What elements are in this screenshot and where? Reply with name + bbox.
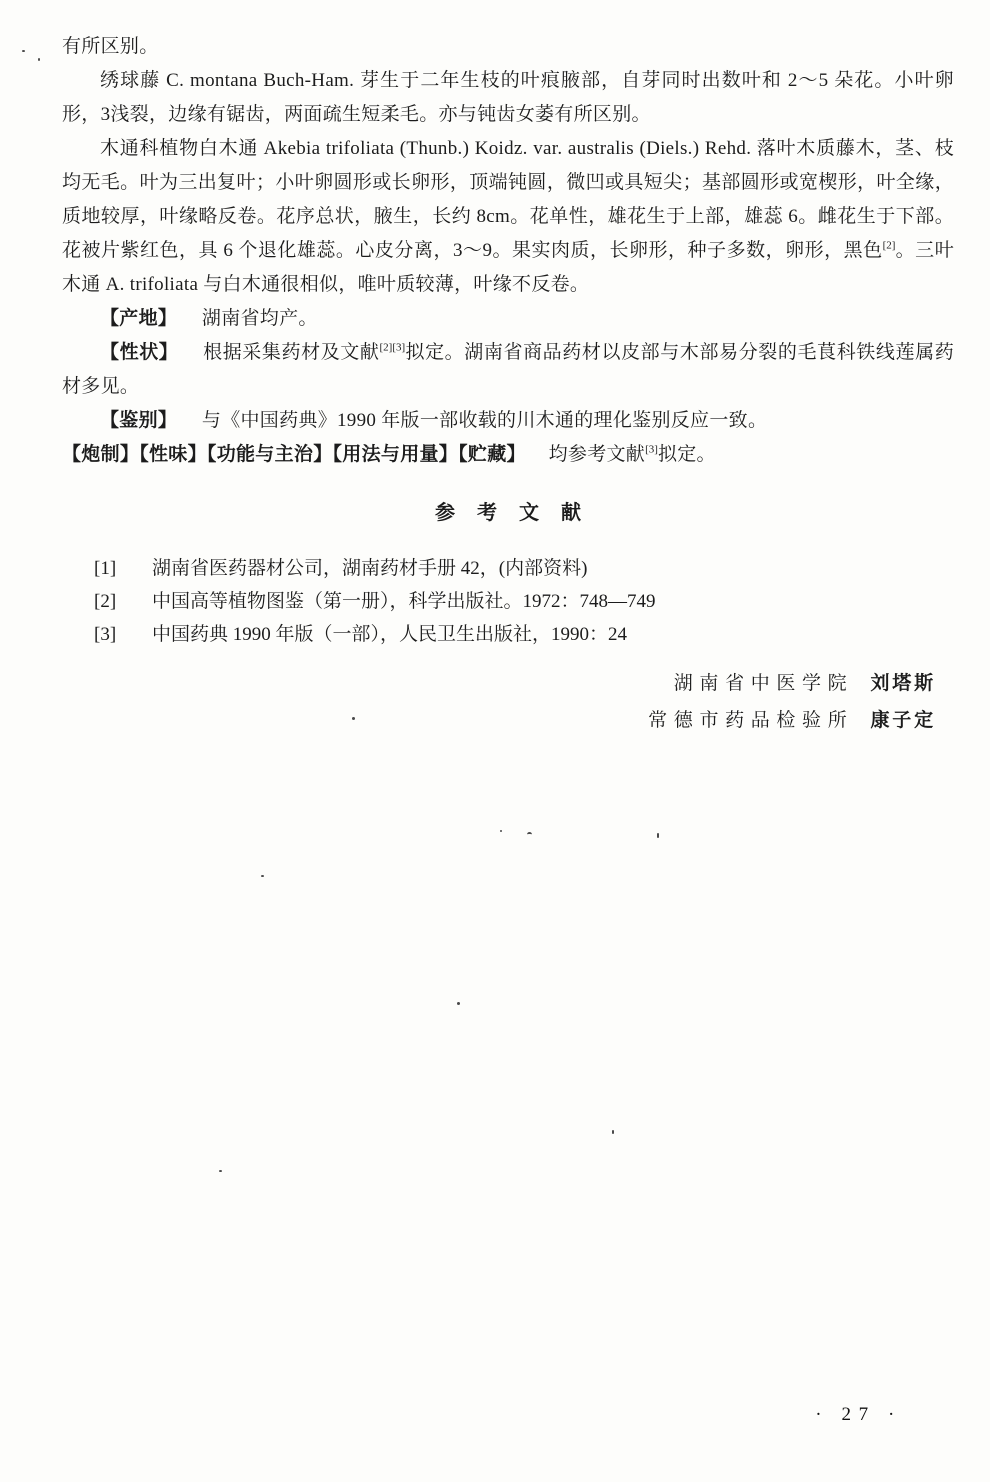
author-name: 康子定 (870, 710, 936, 731)
entry-jianbie: 【鉴别】与《中国药典》1990 年版一部收载的川木通的理化鉴别反应一致。 (62, 404, 954, 438)
reference-number: [3] (94, 618, 152, 651)
author-line: 常德市药品检验所康子定 (62, 702, 936, 739)
scan-speck (612, 1130, 614, 1134)
section-label-jianbie: 【鉴别】 (100, 410, 177, 431)
page-content: 有所区别。 绣球藤 C. montana Buch-Ham. 芽生于二年生枝的叶… (62, 30, 954, 739)
entry-paozhi-text: 拟定。 (658, 444, 716, 465)
section-label-xingzhuang: 【性状】 (100, 342, 178, 363)
entry-paozhi-text: 均参考文献 (549, 444, 646, 465)
scan-speck (219, 1170, 222, 1172)
reference-item: [3] 中国药典 1990 年版（一部），人民卫生出版社，1990：24 (62, 618, 954, 651)
scan-speck (38, 58, 40, 61)
paragraph-continuation: 有所区别。 (62, 30, 954, 64)
document-page: 有所区别。 绣球藤 C. montana Buch-Ham. 芽生于二年生枝的叶… (0, 0, 990, 1482)
entry-chandi: 【产地】湖南省均产。 (62, 302, 954, 336)
page-number: · 27 · (815, 1404, 902, 1426)
author-line: 湖南省中医学院刘塔斯 (62, 665, 936, 702)
section-label-chandi: 【产地】 (100, 308, 177, 329)
references-list: [1] 湖南省医药器材公司，湖南药材手册 42，(内部资料) [2] 中国高等植… (62, 552, 954, 651)
reference-item: [1] 湖南省医药器材公司，湖南药材手册 42，(内部资料) (62, 552, 954, 585)
paragraph-baimutong-text: 木通科植物白木通 Akebia trifoliata (Thunb.) Koid… (62, 138, 954, 261)
scan-speck (500, 830, 502, 832)
section-label-paozhi-group: 【炮制】【性味】【功能与主治】【用法与用量】【贮藏】 (62, 444, 526, 465)
citation-superscript: [3] (645, 444, 658, 456)
author-affiliation: 常德市药品检验所 (648, 710, 853, 731)
author-affiliation: 湖南省中医学院 (674, 673, 854, 694)
author-attributions: 湖南省中医学院刘塔斯 常德市药品检验所康子定 (62, 665, 954, 739)
entry-xingzhuang-text: 拟定。湖南省商品药材以皮部与木部易分裂的毛茛科铁线莲属药材多见。 (62, 342, 954, 397)
reference-number: [1] (94, 552, 152, 585)
entry-xingzhuang: 【性状】根据采集药材及文献[2][3]拟定。湖南省商品药材以皮部与木部易分裂的毛… (62, 336, 954, 404)
scan-speck (657, 833, 659, 838)
references-heading: 参考文献 (62, 496, 954, 530)
citation-superscript: [2] (883, 240, 896, 252)
reference-text: 中国药典 1990 年版（一部），人民卫生出版社，1990：24 (152, 618, 954, 651)
author-name: 刘塔斯 (870, 673, 936, 694)
reference-text: 中国高等植物图鉴（第一册），科学出版社。1972：748—749 (152, 585, 954, 618)
scan-speck (22, 50, 25, 52)
scan-speck (457, 1002, 460, 1005)
scan-speck (352, 717, 355, 720)
entry-paozhi: 【炮制】【性味】【功能与主治】【用法与用量】【贮藏】均参考文献[3]拟定。 (62, 438, 954, 472)
entry-jianbie-text: 与《中国药典》1990 年版一部收载的川木通的理化鉴别反应一致。 (202, 410, 767, 431)
reference-item: [2] 中国高等植物图鉴（第一册），科学出版社。1972：748—749 (62, 585, 954, 618)
entry-chandi-text: 湖南省均产。 (202, 308, 318, 329)
paragraph-baimutong: 木通科植物白木通 Akebia trifoliata (Thunb.) Koid… (62, 132, 954, 302)
entry-xingzhuang-text: 根据采集药材及文献 (203, 342, 379, 363)
paragraph-xiuqiuteng: 绣球藤 C. montana Buch-Ham. 芽生于二年生枝的叶痕腋部，自芽… (62, 64, 954, 132)
citation-superscript: [2][3] (380, 342, 406, 354)
scan-speck (527, 832, 532, 837)
scan-speck (261, 875, 264, 877)
reference-text: 湖南省医药器材公司，湖南药材手册 42，(内部资料) (152, 552, 954, 585)
reference-number: [2] (94, 585, 152, 618)
